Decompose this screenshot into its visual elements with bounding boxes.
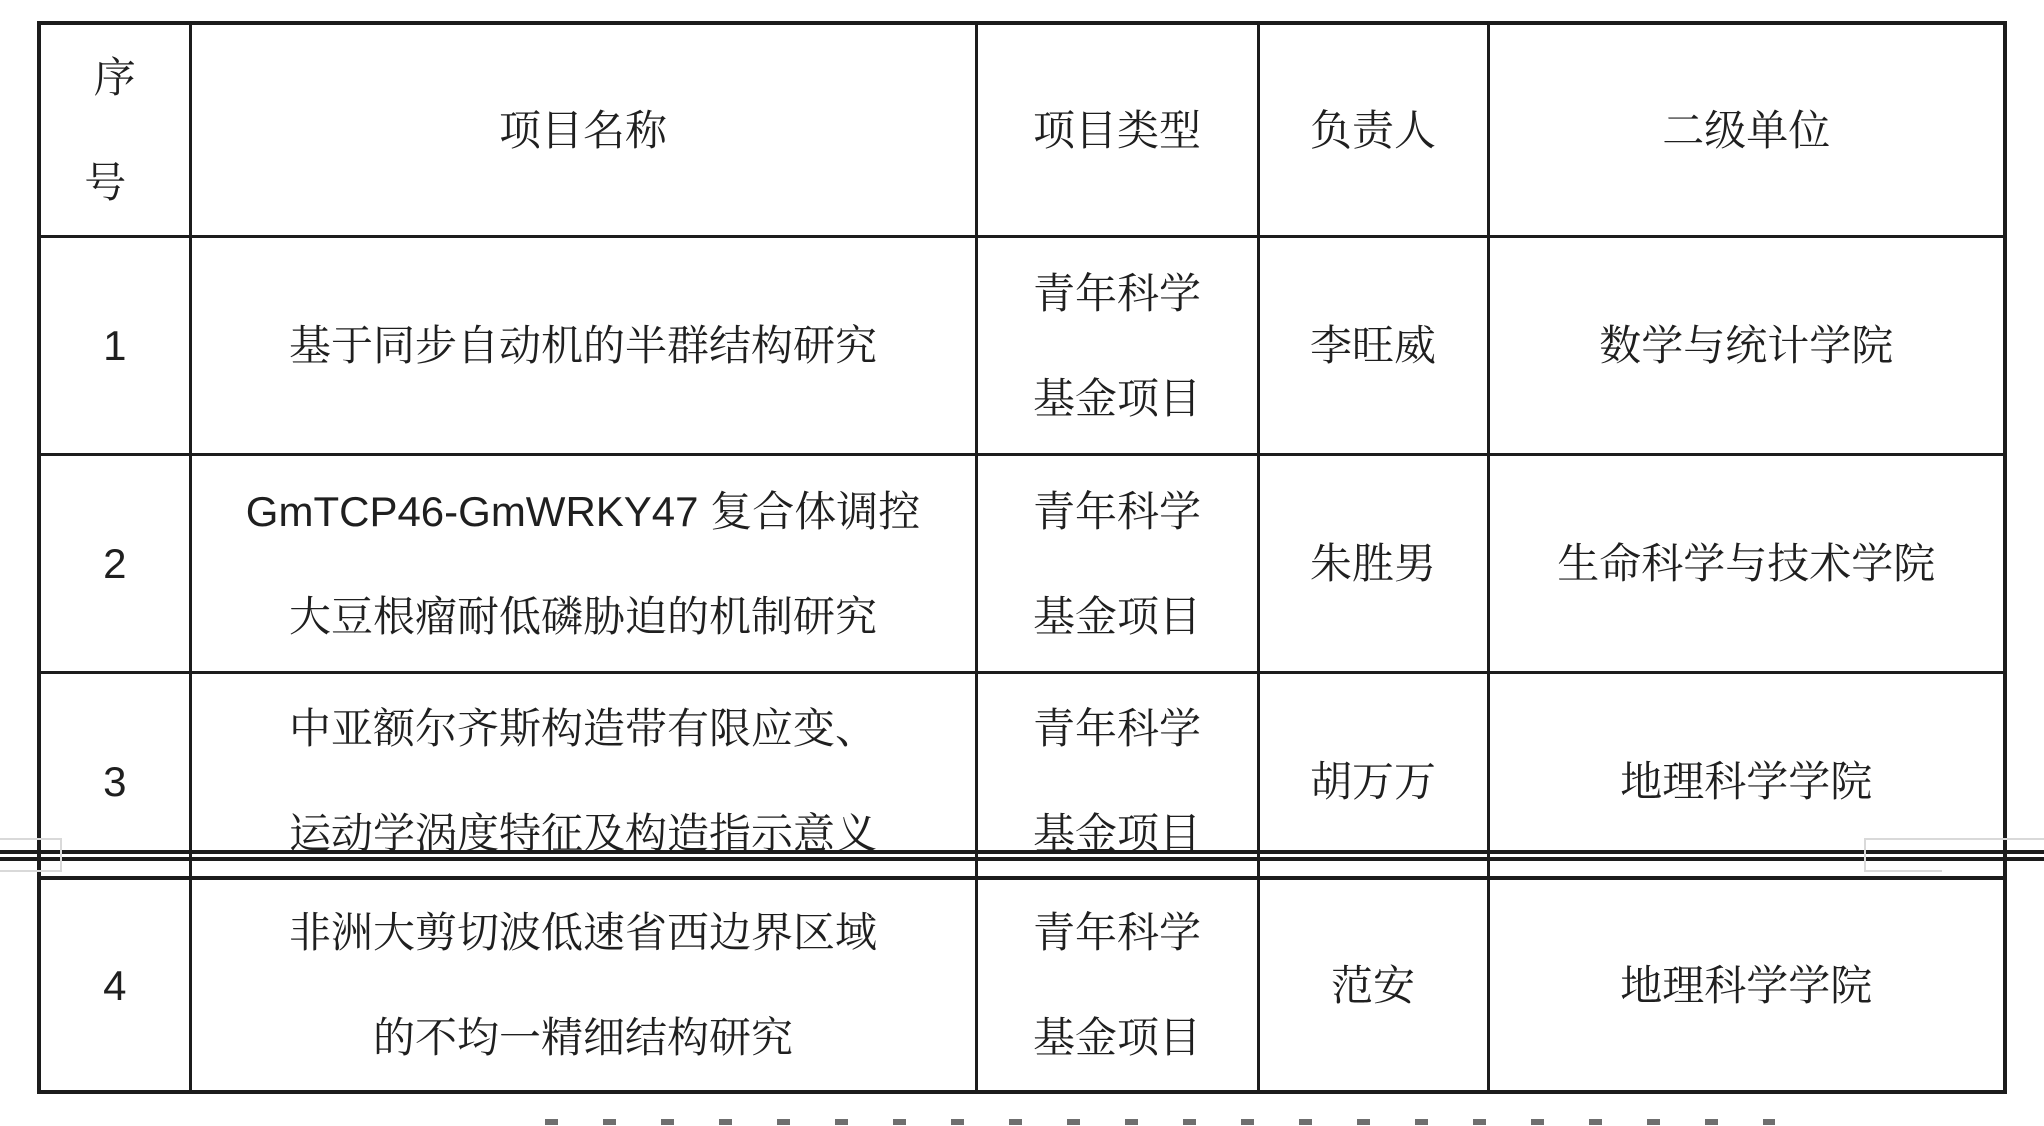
page-break-rule-bottom <box>0 857 2044 861</box>
header-serial-number: 序号 <box>39 23 190 237</box>
table-row: 2 GmTCP46-GmWRKY47 复合体调控 大豆根瘤耐低磷胁迫的机制研究 … <box>39 455 2005 673</box>
cell-project-type: 青年科学 基金项目 <box>976 878 1258 1092</box>
header-secondary-unit: 二级单位 <box>1488 23 2005 237</box>
page-break-rule-top <box>0 850 2044 854</box>
header-project-name: 项目名称 <box>190 23 976 237</box>
cell-serial-number: 2 <box>39 455 190 673</box>
cell-secondary-unit: 生命科学与技术学院 <box>1488 455 2005 673</box>
cell-serial-number: 1 <box>39 237 190 455</box>
projects-table-page1: 序号 项目名称 项目类型 负责人 二级单位 1 基于同步自动机的半群结构研究 青… <box>37 21 2007 893</box>
cell-serial-number: 4 <box>39 878 190 1092</box>
cell-project-name: 基于同步自动机的半群结构研究 <box>190 237 976 455</box>
cell-leader: 朱胜男 <box>1258 455 1488 673</box>
cell-secondary-unit: 数学与统计学院 <box>1488 237 2005 455</box>
split-artifact <box>60 838 62 872</box>
projects-table-page2: 4 非洲大剪切波低速省西边界区域 的不均一精细结构研究 青年科学 基金项目 范安… <box>37 876 2007 1094</box>
cutoff-text-fragments <box>545 1119 1775 1125</box>
table-row: 4 非洲大剪切波低速省西边界区域 的不均一精细结构研究 青年科学 基金项目 范安… <box>39 878 2005 1092</box>
cell-project-name: GmTCP46-GmWRKY47 复合体调控 大豆根瘤耐低磷胁迫的机制研究 <box>190 455 976 673</box>
document-page: 序号 项目名称 项目类型 负责人 二级单位 1 基于同步自动机的半群结构研究 青… <box>0 0 2044 1126</box>
split-artifact <box>1864 838 1866 872</box>
table-header-row: 序号 项目名称 项目类型 负责人 二级单位 <box>39 23 2005 237</box>
cell-project-type: 青年科学 基金项目 <box>976 237 1258 455</box>
cell-leader: 李旺威 <box>1258 237 1488 455</box>
cell-project-type: 青年科学 基金项目 <box>976 455 1258 673</box>
cell-secondary-unit: 地理科学学院 <box>1488 878 2005 1092</box>
header-project-type: 项目类型 <box>976 23 1258 237</box>
split-artifact <box>1864 870 1942 872</box>
header-leader: 负责人 <box>1258 23 1488 237</box>
split-artifact <box>1864 838 2044 840</box>
table-row: 1 基于同步自动机的半群结构研究 青年科学 基金项目 李旺威 数学与统计学院 <box>39 237 2005 455</box>
cell-project-name: 非洲大剪切波低速省西边界区域 的不均一精细结构研究 <box>190 878 976 1092</box>
split-artifact <box>0 838 62 840</box>
split-artifact <box>0 870 62 872</box>
cell-leader: 范安 <box>1258 878 1488 1092</box>
